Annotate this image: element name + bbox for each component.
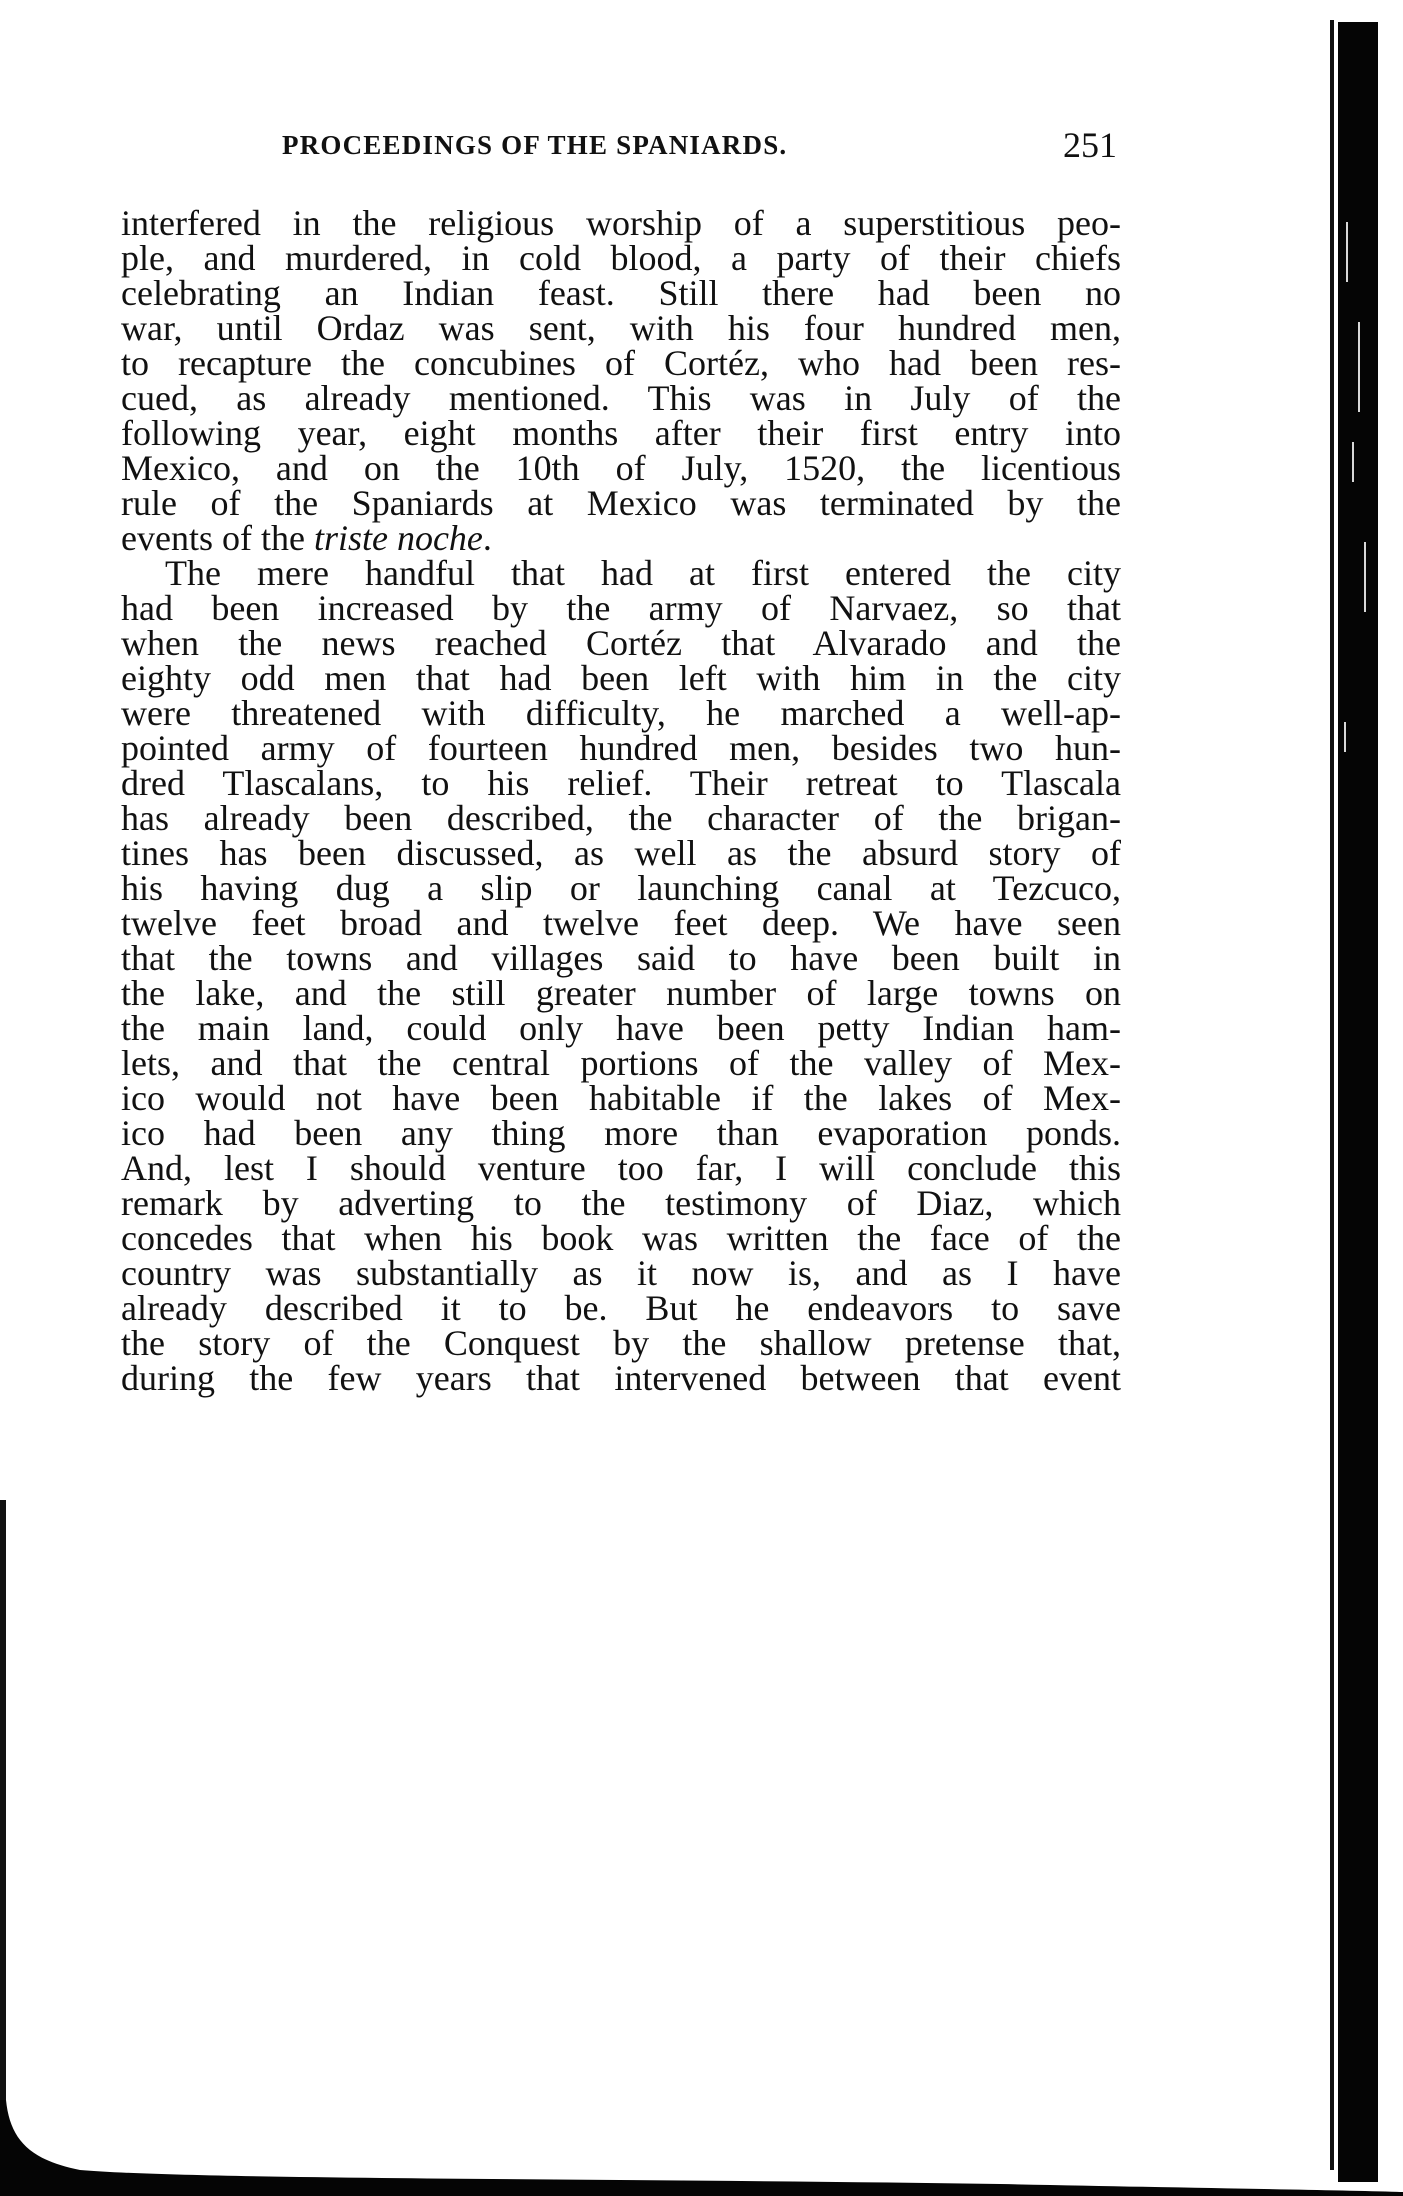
scan-border-right — [1338, 22, 1378, 2182]
text-line: concedes that when his book was written … — [121, 1221, 1121, 1256]
text-segment: . — [483, 518, 492, 558]
text-line: during the few years that intervened bet… — [121, 1361, 1121, 1396]
paragraph-1: interfered in the religious worship of a… — [121, 206, 1121, 556]
text-line: dred Tlascalans, to his relief. Their re… — [121, 766, 1121, 801]
text-line: rule of the Spaniards at Mexico was term… — [121, 486, 1121, 521]
text-line: Mexico, and on the 10th of July, 1520, t… — [121, 451, 1121, 486]
paragraph-2: The mere handful that had at first enter… — [121, 556, 1121, 1396]
text-line: pointed army of fourteen hundred men, be… — [121, 731, 1121, 766]
text-line: country was substantially as it now is, … — [121, 1256, 1121, 1291]
text-line: the main land, could only have been pett… — [121, 1011, 1121, 1046]
text-line: following year, eight months after their… — [121, 416, 1121, 451]
text-line: war, until Ordaz was sent, with his four… — [121, 311, 1121, 346]
text-line: interfered in the religious worship of a… — [121, 206, 1121, 241]
text-line: ico had been any thing more than evapora… — [121, 1116, 1121, 1151]
text-line: the story of the Conquest by the shallow… — [121, 1326, 1121, 1361]
text-line: twelve feet broad and twelve feet deep. … — [121, 906, 1121, 941]
text-line: celebrating an Indian feast. Still there… — [121, 276, 1121, 311]
text-line-last: events of the triste noche. — [121, 521, 1121, 556]
text-line: already described it to be. But he endea… — [121, 1291, 1121, 1326]
page-gutter-edge — [1330, 20, 1334, 2170]
text-line: tines has been discussed, as well as the… — [121, 836, 1121, 871]
text-line: the lake, and the still greater number o… — [121, 976, 1121, 1011]
text-line: ico would not have been habitable if the… — [121, 1081, 1121, 1116]
text-line: his having dug a slip or launching canal… — [121, 871, 1121, 906]
text-segment: events of the — [121, 518, 314, 558]
scan-shadow-bottom — [0, 2100, 1403, 2196]
running-title: PROCEEDINGS OF THE SPANIARDS. — [282, 130, 787, 161]
scan-border-left — [0, 1500, 6, 2100]
text-line: has already been described, the characte… — [121, 801, 1121, 836]
text-line: lets, and that the central portions of t… — [121, 1046, 1121, 1081]
text-line: eighty odd men that had been left with h… — [121, 661, 1121, 696]
italic-phrase: triste noche — [314, 518, 483, 558]
text-line: were threatened with difficulty, he marc… — [121, 696, 1121, 731]
scanned-book-page: PROCEEDINGS OF THE SPANIARDS. 251 interf… — [0, 0, 1403, 2196]
text-line: when the news reached Cortéz that Alvara… — [121, 626, 1121, 661]
text-line: to recapture the concubines of Cortéz, w… — [121, 346, 1121, 381]
text-line: ple, and murdered, in cold blood, a part… — [121, 241, 1121, 276]
page-header: PROCEEDINGS OF THE SPANIARDS. 251 — [268, 130, 1125, 170]
text-line: remark by adverting to the testimony of … — [121, 1186, 1121, 1221]
text-line: And, lest I should venture too far, I wi… — [121, 1151, 1121, 1186]
page-number: 251 — [1063, 124, 1117, 166]
text-line: had been increased by the army of Narvae… — [121, 591, 1121, 626]
text-line: The mere handful that had at first enter… — [121, 556, 1121, 591]
text-line: that the towns and villages said to have… — [121, 941, 1121, 976]
body-text: interfered in the religious worship of a… — [121, 206, 1121, 1396]
text-line: cued, as already mentioned. This was in … — [121, 381, 1121, 416]
